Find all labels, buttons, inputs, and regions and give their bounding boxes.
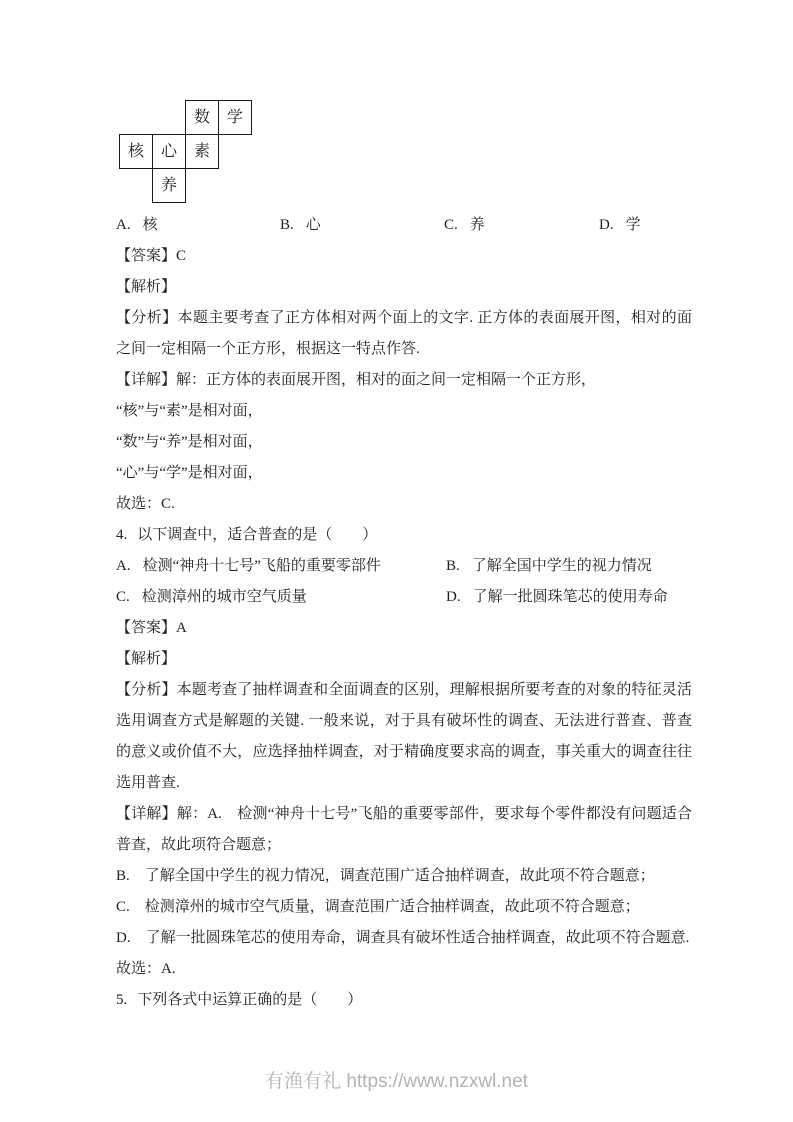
q4-detail-line: 【详解】解：A. 检测“神舟十七号”飞船的重要零部件，要求每个零件都没有问题适合… <box>116 799 692 861</box>
net-cell: 数 <box>186 101 219 135</box>
q3-option-a: A.核 <box>116 210 280 241</box>
q4-option-b: B.了解全国中学生的视力情况 <box>446 551 692 582</box>
q3-options-row: A.核 B.心 C.养 D.学 <box>116 210 692 241</box>
document-page: 数 学 核 心 素 养 A.核 B.心 C.养 D.学 【答案】C 【 <box>0 0 793 1122</box>
q4-option-d: D.了解一批圆珠笔芯的使用寿命 <box>446 582 692 613</box>
net-cell: 心 <box>153 135 186 169</box>
option-text: 养 <box>470 217 485 233</box>
net-cell <box>219 169 252 203</box>
q3-analysis-header: 【解析】 <box>116 272 692 303</box>
option-text: 学 <box>626 217 641 233</box>
question-number: 4. <box>116 527 127 543</box>
exam-content: 数 学 核 心 素 养 A.核 B.心 C.养 D.学 【答案】C 【 <box>116 96 692 1016</box>
option-label: A. <box>116 551 131 582</box>
q4-analysis: 【分析】本题考查了抽样调查和全面调查的区别，理解根据所要考查的对象的特征灵活选用… <box>116 675 692 799</box>
q3-conclusion: 故选：C. <box>116 489 692 520</box>
q4-answer-line: 【答案】A <box>116 613 692 644</box>
q3-detail-line: “心”与“学”是相对面， <box>116 458 692 489</box>
question-text: 下列各式中运算正确的是（ ） <box>137 992 362 1008</box>
q4-stem: 4.以下调查中，适合普查的是（ ） <box>116 520 692 551</box>
q4-option-c: C.检测漳州的城市空气质量 <box>116 582 446 613</box>
watermark-footer: 有渔有礼 https://www.nzxwl.net <box>0 1066 793 1093</box>
option-label: D. <box>599 210 614 241</box>
option-text: 心 <box>306 217 321 233</box>
q3-analysis: 【分析】本题主要考查了正方体相对两个面上的文字. 正方体的表面展开图，相对的面之… <box>116 303 692 365</box>
net-cell: 养 <box>153 169 186 203</box>
q4-detail-line: C. 检测漳州的城市空气质量，调查范围广适合抽样调查，故此项不符合题意； <box>116 892 692 923</box>
option-text: 核 <box>143 217 158 233</box>
option-text: 了解一批圆珠笔芯的使用寿命 <box>473 589 668 605</box>
q4-options-grid: A.检测“神舟十七号”飞船的重要零部件 B.了解全国中学生的视力情况 C.检测漳… <box>116 551 692 613</box>
net-cell <box>186 169 219 203</box>
net-cell: 学 <box>219 101 252 135</box>
q3-answer-line: 【答案】C <box>116 241 692 272</box>
q4-analysis-header: 【解析】 <box>116 644 692 675</box>
q3-option-d: D.学 <box>599 210 692 241</box>
net-cell <box>219 135 252 169</box>
option-text: 了解全国中学生的视力情况 <box>472 558 652 574</box>
q3-detail-line: 【详解】解：正方体的表面展开图，相对的面之间一定相隔一个正方形， <box>116 365 692 396</box>
net-row: 养 <box>120 169 252 203</box>
q4-conclusion: 故选：A. <box>116 954 692 985</box>
net-cell <box>120 101 153 135</box>
option-label: B. <box>280 210 294 241</box>
q3-option-b: B.心 <box>280 210 444 241</box>
question-text: 以下调查中，适合普查的是（ ） <box>137 527 377 543</box>
cube-net-diagram: 数 学 核 心 素 养 <box>119 100 252 203</box>
q4-detail-line: D. 了解一批圆珠笔芯的使用寿命，调查具有破坏性适合抽样调查，故此项不符合题意. <box>116 923 692 954</box>
net-cell: 素 <box>186 135 219 169</box>
q4-option-a: A.检测“神舟十七号”飞船的重要零部件 <box>116 551 446 582</box>
q3-detail-line: “数”与“养”是相对面， <box>116 427 692 458</box>
option-label: D. <box>446 582 461 613</box>
answer-label: 【答案】 <box>116 620 176 636</box>
option-label: C. <box>116 582 130 613</box>
q4-detail-line: B. 了解全国中学生的视力情况，调查范围广适合抽样调查，故此项不符合题意； <box>116 861 692 892</box>
option-text: 检测漳州的城市空气质量 <box>142 589 307 605</box>
q3-detail-line: “核”与“素”是相对面， <box>116 396 692 427</box>
option-label: A. <box>116 210 131 241</box>
q3-option-c: C.养 <box>444 210 599 241</box>
answer-value: C <box>176 248 186 264</box>
net-cell <box>153 101 186 135</box>
answer-value: A <box>176 620 187 636</box>
answer-label: 【答案】 <box>116 248 176 264</box>
question-number: 5. <box>116 992 127 1008</box>
q5-stem: 5.下列各式中运算正确的是（ ） <box>116 985 692 1016</box>
net-cell <box>120 169 153 203</box>
net-row: 核 心 素 <box>120 135 252 169</box>
option-text: 检测“神舟十七号”飞船的重要零部件 <box>143 558 381 574</box>
net-row: 数 学 <box>120 101 252 135</box>
option-label: B. <box>446 551 460 582</box>
net-cell: 核 <box>120 135 153 169</box>
option-label: C. <box>444 210 458 241</box>
